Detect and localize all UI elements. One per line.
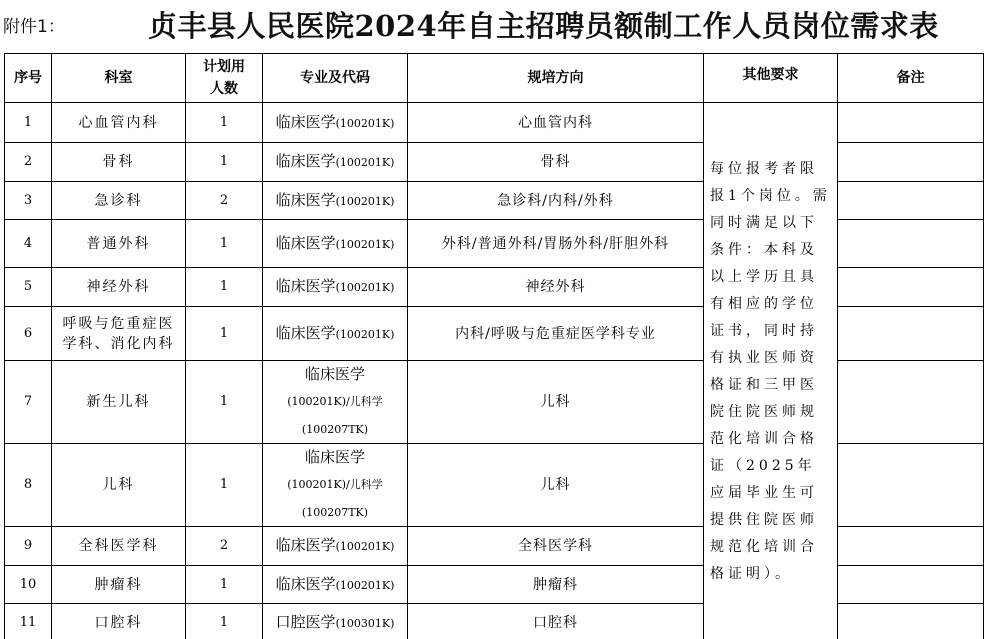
cell-other-requirements: 每位报考者限报1个岗位。需同时满足以下条件：本科及以上学历且具有相应的学位证书，… (704, 103, 838, 639)
header-plan: 计划用人数 (186, 54, 263, 103)
cell-seq: 1 (5, 103, 52, 143)
major-code: (100201K) (336, 117, 395, 130)
cell-major: 临床医学(100201K) (263, 307, 408, 361)
cell-seq: 11 (5, 604, 52, 639)
cell-dept: 普通外科 (52, 220, 186, 268)
cell-remark (838, 268, 984, 307)
cell-remark (838, 361, 984, 444)
cell-plan: 1 (186, 307, 263, 361)
cell-dept: 神经外科 (52, 268, 186, 307)
cell-seq: 10 (5, 566, 52, 604)
major-code: (100201K) (336, 540, 395, 553)
major-name: 临床医学 (276, 113, 336, 131)
cell-major: 临床医学(100201K) (263, 182, 408, 220)
table-row: 10 肿瘤科 1 临床医学(100201K) 肿瘤科 (5, 566, 984, 604)
major-code: (100201K)/儿科学 (287, 478, 383, 491)
table-header-row: 序号 科室 计划用人数 专业及代码 规培方向 其他要求 备注 (5, 54, 984, 103)
cell-plan: 2 (186, 182, 263, 220)
page-title: 贞丰县人民医院2024年自主招聘员额制工作人员岗位需求表 (148, 4, 939, 45)
cell-dept: 口腔科 (52, 604, 186, 639)
header-remark: 备注 (838, 54, 984, 103)
major-code: (100201K)/儿科学 (287, 395, 383, 408)
cell-remark (838, 182, 984, 220)
major-code: (100201K) (336, 328, 395, 341)
cell-remark (838, 566, 984, 604)
cell-seq: 4 (5, 220, 52, 268)
cell-major: 临床医学(100201K) (263, 103, 408, 143)
cell-dept: 心血管内科 (52, 103, 186, 143)
major-code-2: (100207TK) (302, 506, 368, 519)
table-row: 2 骨科 1 临床医学(100201K) 骨科 (5, 143, 984, 182)
attachment-label: 附件1： (3, 12, 65, 37)
cell-seq: 5 (5, 268, 52, 307)
cell-dept: 呼吸与危重症医学科、消化内科 (52, 307, 186, 361)
major-name: 临床医学 (276, 277, 336, 295)
cell-plan: 1 (186, 103, 263, 143)
major-name: 临床医学 (276, 152, 336, 170)
major-name: 临床医学 (276, 324, 336, 342)
major-code: (100201K) (336, 281, 395, 294)
cell-plan: 1 (186, 361, 263, 444)
cell-seq: 8 (5, 444, 52, 527)
cell-seq: 7 (5, 361, 52, 444)
cell-major: 临床医学(100201K) (263, 527, 408, 566)
major-name: 临床医学 (276, 191, 336, 209)
cell-remark (838, 604, 984, 639)
cell-dept: 急诊科 (52, 182, 186, 220)
cell-plan: 1 (186, 604, 263, 639)
major-code: (100201K) (336, 238, 395, 251)
major-name: 临床医学 (305, 448, 365, 466)
table-row: 3 急诊科 2 临床医学(100201K) 急诊科/内科/外科 (5, 182, 984, 220)
major-code-2: (100207TK) (302, 423, 368, 436)
cell-plan: 1 (186, 143, 263, 182)
cell-dept: 骨科 (52, 143, 186, 182)
cell-dept: 儿科 (52, 444, 186, 527)
cell-plan: 1 (186, 268, 263, 307)
cell-plan: 1 (186, 220, 263, 268)
header-plan-line2: 人数 (210, 81, 238, 97)
cell-major: 口腔医学(100301K) (263, 604, 408, 639)
cell-seq: 9 (5, 527, 52, 566)
cell-remark (838, 307, 984, 361)
cell-remark (838, 103, 984, 143)
cell-dept: 全科医学科 (52, 527, 186, 566)
cell-direction: 肿瘤科 (408, 566, 704, 604)
major-name: 临床医学 (276, 234, 336, 252)
cell-major: 临床医学(100201K) (263, 566, 408, 604)
major-code: (100201K) (336, 156, 395, 169)
major-name: 临床医学 (276, 575, 336, 593)
cell-dept: 肿瘤科 (52, 566, 186, 604)
table-row: 7 新生儿科 1 临床医学(100201K)/儿科学(100207TK) 儿科 (5, 361, 984, 444)
cell-direction: 内科/呼吸与危重症医学科专业 (408, 307, 704, 361)
major-code: (100201K) (336, 579, 395, 592)
cell-remark (838, 527, 984, 566)
table-row: 1 心血管内科 1 临床医学(100201K) 心血管内科 每位报考者限报1个岗… (5, 103, 984, 143)
cell-direction: 心血管内科 (408, 103, 704, 143)
cell-major: 临床医学(100201K) (263, 268, 408, 307)
cell-major: 临床医学(100201K) (263, 143, 408, 182)
cell-seq: 2 (5, 143, 52, 182)
cell-plan: 1 (186, 444, 263, 527)
major-name: 口腔医学 (276, 613, 336, 631)
header-seq: 序号 (5, 54, 52, 103)
cell-plan: 1 (186, 566, 263, 604)
table-row: 6 呼吸与危重症医学科、消化内科 1 临床医学(100201K) 内科/呼吸与危… (5, 307, 984, 361)
cell-direction: 全科医学科 (408, 527, 704, 566)
cell-direction: 外科/普通外科/胃肠外科/肝胆外科 (408, 220, 704, 268)
header-dept: 科室 (52, 54, 186, 103)
cell-direction: 神经外科 (408, 268, 704, 307)
table-row: 5 神经外科 1 临床医学(100201K) 神经外科 (5, 268, 984, 307)
cell-dept: 新生儿科 (52, 361, 186, 444)
cell-direction: 儿科 (408, 444, 704, 527)
position-requirements-table: 序号 科室 计划用人数 专业及代码 规培方向 其他要求 备注 1 心血管内科 1… (4, 53, 984, 639)
cell-remark (838, 444, 984, 527)
header-other: 其他要求 (704, 54, 838, 103)
header-major: 专业及代码 (263, 54, 408, 103)
cell-remark (838, 143, 984, 182)
cell-direction: 急诊科/内科/外科 (408, 182, 704, 220)
cell-major: 临床医学(100201K) (263, 220, 408, 268)
cell-direction: 骨科 (408, 143, 704, 182)
cell-major: 临床医学(100201K)/儿科学(100207TK) (263, 444, 408, 527)
major-name: 临床医学 (305, 365, 365, 383)
cell-plan: 2 (186, 527, 263, 566)
major-code: (100201K) (336, 195, 395, 208)
header-direction: 规培方向 (408, 54, 704, 103)
cell-major: 临床医学(100201K)/儿科学(100207TK) (263, 361, 408, 444)
cell-direction: 儿科 (408, 361, 704, 444)
cell-remark (838, 220, 984, 268)
cell-seq: 3 (5, 182, 52, 220)
table-row: 11 口腔科 1 口腔医学(100301K) 口腔科 (5, 604, 984, 639)
table-row: 9 全科医学科 2 临床医学(100201K) 全科医学科 (5, 527, 984, 566)
header-plan-line1: 计划用 (203, 59, 245, 75)
table-row: 8 儿科 1 临床医学(100201K)/儿科学(100207TK) 儿科 (5, 444, 984, 527)
table-row: 4 普通外科 1 临床医学(100201K) 外科/普通外科/胃肠外科/肝胆外科 (5, 220, 984, 268)
major-name: 临床医学 (276, 536, 336, 554)
cell-direction: 口腔科 (408, 604, 704, 639)
major-code: (100301K) (336, 617, 395, 630)
cell-seq: 6 (5, 307, 52, 361)
